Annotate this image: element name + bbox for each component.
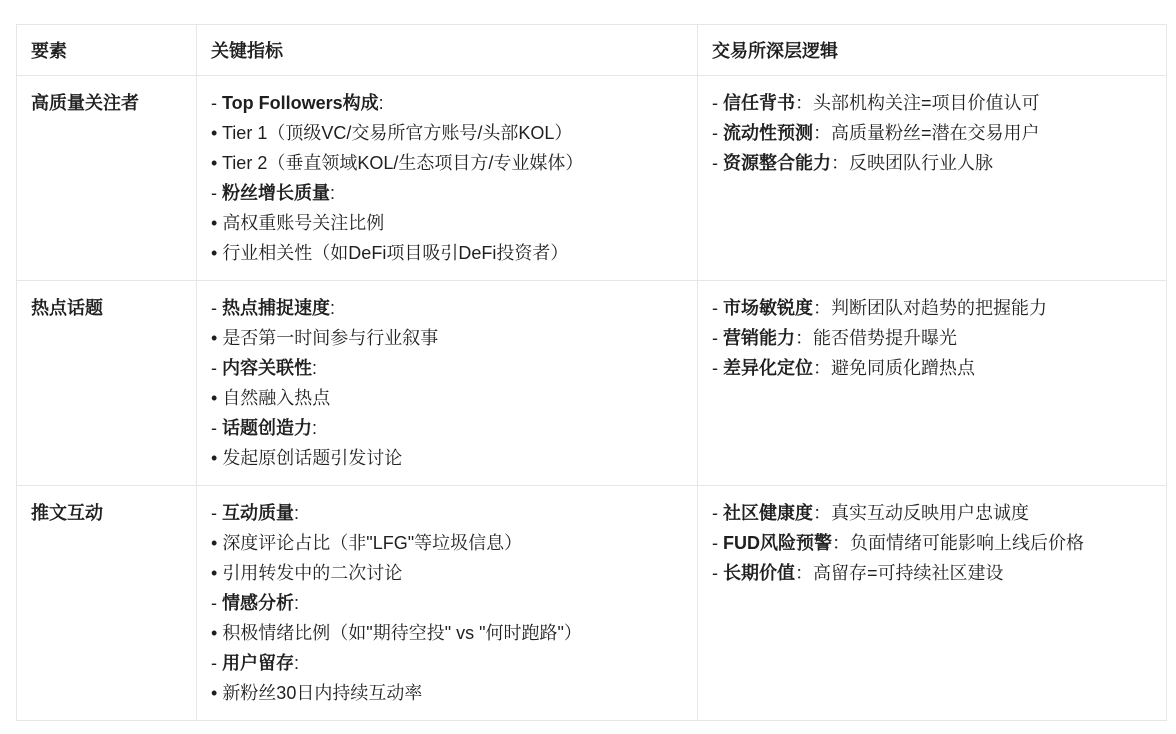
metric-bullet: • 自然融入热点 [211,383,683,413]
metric-bullet: • Tier 1（顶级VC/交易所官方账号/头部KOL） [211,118,683,148]
table-row: 高质量关注者 - Top Followers构成: • Tier 1（顶级VC/… [17,76,1167,281]
metric-heading: - 互动质量: [211,498,683,528]
logic-item: - 社区健康度：真实互动反映用户忠诚度 [712,498,1152,528]
metric-heading: - 情感分析: [211,588,683,618]
header-exchange-logic: 交易所深层逻辑 [698,25,1167,76]
metric-bullet: • 发起原创话题引发讨论 [211,443,683,473]
metric-heading: - 内容关联性: [211,353,683,383]
header-key-metrics: 关键指标 [197,25,698,76]
logic-item: - 流动性预测：高质量粉丝=潜在交易用户 [712,118,1152,148]
element-cell: 高质量关注者 [17,76,197,281]
logic-item: - FUD风险预警：负面情绪可能影响上线后价格 [712,528,1152,558]
metric-bullet: • 积极情绪比例（如"期待空投" vs "何时跑路"） [211,618,683,648]
comparison-table-container: 要素 关键指标 交易所深层逻辑 高质量关注者 - Top Followers构成… [16,24,1166,721]
comparison-table: 要素 关键指标 交易所深层逻辑 高质量关注者 - Top Followers构成… [16,24,1167,721]
metric-bullet: • 引用转发中的二次讨论 [211,558,683,588]
metric-bullet: • 是否第一时间参与行业叙事 [211,323,683,353]
metrics-cell: - Top Followers构成: • Tier 1（顶级VC/交易所官方账号… [197,76,698,281]
metrics-cell: - 互动质量: • 深度评论占比（非"LFG"等垃圾信息） • 引用转发中的二次… [197,486,698,721]
element-cell: 推文互动 [17,486,197,721]
table-row: 推文互动 - 互动质量: • 深度评论占比（非"LFG"等垃圾信息） • 引用转… [17,486,1167,721]
table-row: 热点话题 - 热点捕捉速度: • 是否第一时间参与行业叙事 - 内容关联性: •… [17,281,1167,486]
metric-heading: - 用户留存: [211,648,683,678]
logic-item: - 资源整合能力：反映团队行业人脉 [712,148,1152,178]
logic-cell: - 市场敏锐度：判断团队对趋势的把握能力 - 营销能力：能否借势提升曝光 - 差… [698,281,1167,486]
logic-item: - 长期价值：高留存=可持续社区建设 [712,558,1152,588]
logic-item: - 差异化定位：避免同质化蹭热点 [712,353,1152,383]
element-cell: 热点话题 [17,281,197,486]
metric-heading: - Top Followers构成: [211,88,683,118]
header-element: 要素 [17,25,197,76]
logic-cell: - 信任背书：头部机构关注=项目价值认可 - 流动性预测：高质量粉丝=潜在交易用… [698,76,1167,281]
logic-item: - 市场敏锐度：判断团队对趋势的把握能力 [712,293,1152,323]
metric-heading: - 热点捕捉速度: [211,293,683,323]
logic-item: - 营销能力：能否借势提升曝光 [712,323,1152,353]
table-header-row: 要素 关键指标 交易所深层逻辑 [17,25,1167,76]
metric-bullet: • Tier 2（垂直领域KOL/生态项目方/专业媒体） [211,148,683,178]
metric-heading: - 话题创造力: [211,413,683,443]
metric-bullet: • 高权重账号关注比例 [211,208,683,238]
logic-item: - 信任背书：头部机构关注=项目价值认可 [712,88,1152,118]
metric-bullet: • 新粉丝30日内持续互动率 [211,678,683,708]
metric-heading: - 粉丝增长质量: [211,178,683,208]
metrics-cell: - 热点捕捉速度: • 是否第一时间参与行业叙事 - 内容关联性: • 自然融入… [197,281,698,486]
metric-bullet: • 行业相关性（如DeFi项目吸引DeFi投资者） [211,238,683,268]
metric-bullet: • 深度评论占比（非"LFG"等垃圾信息） [211,528,683,558]
logic-cell: - 社区健康度：真实互动反映用户忠诚度 - FUD风险预警：负面情绪可能影响上线… [698,486,1167,721]
